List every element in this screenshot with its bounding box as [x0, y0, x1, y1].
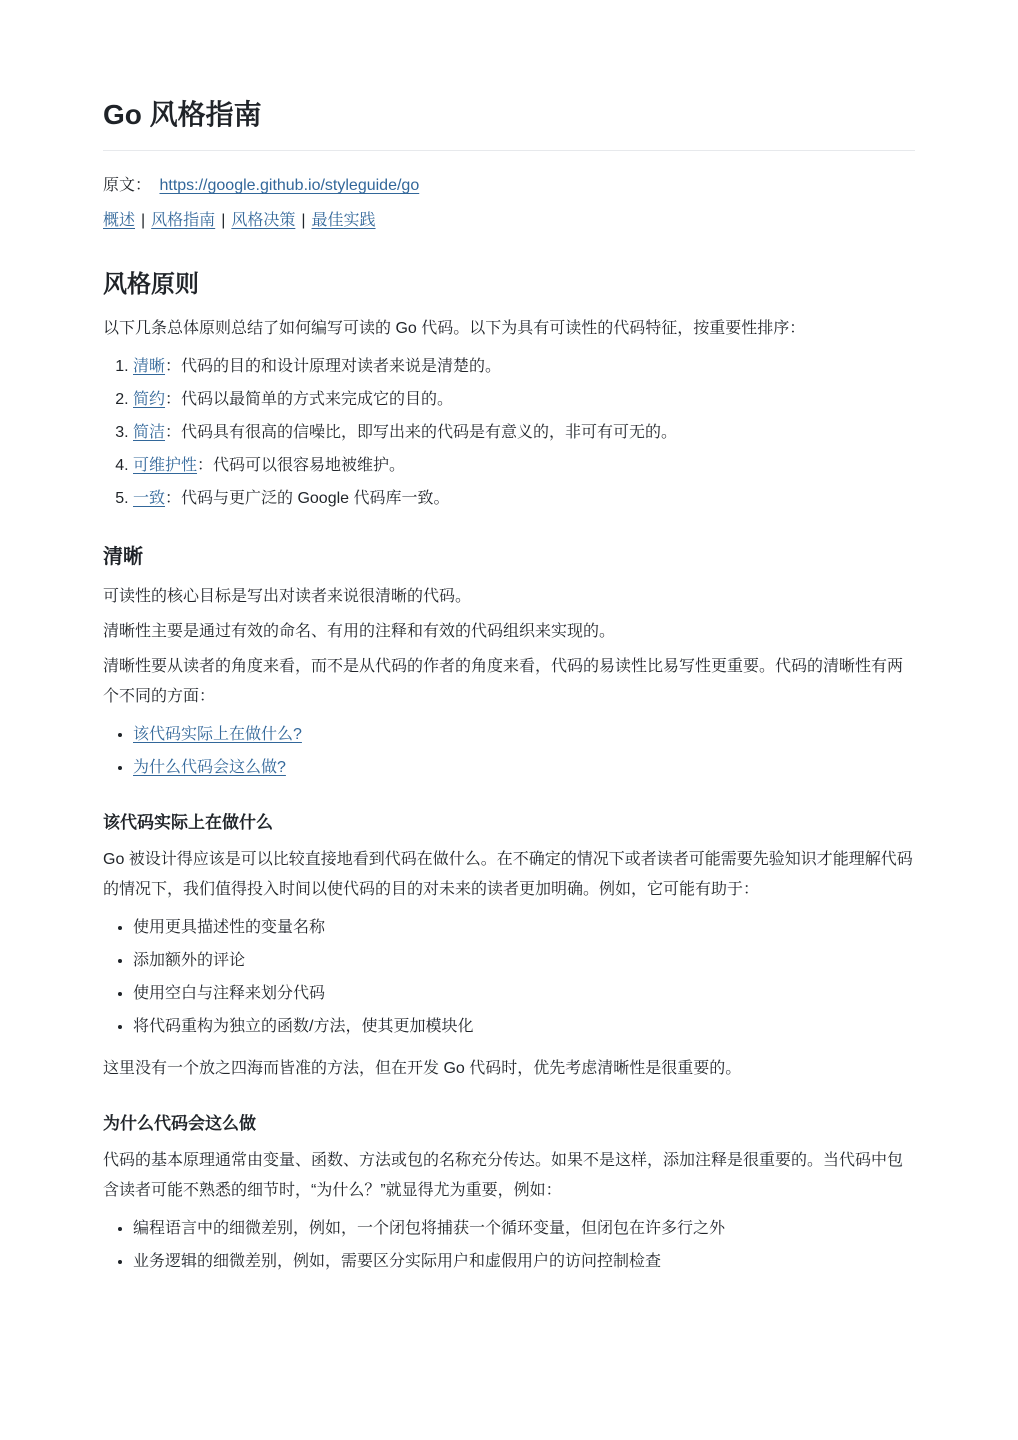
principle-text: ：代码的目的和设计原理对读者来说是清楚的。: [165, 358, 501, 375]
document-page: Go 风格指南 原文： https://google.github.io/sty…: [0, 0, 1018, 1440]
principle-link-simplicity[interactable]: 简约: [133, 391, 165, 408]
why-code-does-list: 编程语言中的细微差别，例如，一个闭包将捕获一个循环变量，但闭包在许多行之外 业务…: [103, 1214, 915, 1277]
principle-text: ：代码可以很容易地被维护。: [197, 457, 405, 474]
source-line: 原文： https://google.github.io/styleguide/…: [103, 171, 915, 201]
nav-separator: |: [221, 212, 225, 229]
principle-item: 简约：代码以最简单的方式来完成它的目的。: [133, 385, 915, 415]
clarity-question-list: 该代码实际上在做什么? 为什么代码会这么做?: [103, 720, 915, 783]
nav-line: 概述|风格指南|风格决策|最佳实践: [103, 206, 915, 236]
nav-link-best-practices[interactable]: 最佳实践: [312, 212, 376, 229]
principle-item: 简洁：代码具有很高的信噪比，即写出来的代码是有意义的，非可有可无的。: [133, 418, 915, 448]
style-principles-intro: 以下几条总体原则总结了如何编写可读的 Go 代码。以下为具有可读性的代码特征，按…: [103, 314, 915, 344]
list-item: 使用更具描述性的变量名称: [133, 913, 915, 943]
principle-item: 一致：代码与更广泛的 Google 代码库一致。: [133, 484, 915, 514]
principle-text: ：代码与更广泛的 Google 代码库一致。: [165, 490, 450, 507]
document-content: Go 风格指南 原文： https://google.github.io/sty…: [103, 0, 915, 1429]
what-code-does-paragraph-2: 这里没有一个放之四海而皆准的方法，但在开发 Go 代码时，优先考虑清晰性是很重要…: [103, 1054, 915, 1084]
style-principles-list: 清晰：代码的目的和设计原理对读者来说是清楚的。 简约：代码以最简单的方式来完成它…: [103, 352, 915, 514]
principle-item: 清晰：代码的目的和设计原理对读者来说是清楚的。: [133, 352, 915, 382]
clarity-question-link-why[interactable]: 为什么代码会这么做?: [133, 759, 286, 776]
principle-link-consistency[interactable]: 一致: [133, 490, 165, 507]
list-item: 该代码实际上在做什么?: [133, 720, 915, 750]
source-label: 原文：: [103, 177, 151, 194]
list-item: 将代码重构为独立的函数/方法，使其更加模块化: [133, 1012, 915, 1042]
subsection-heading-why-code-does: 为什么代码会这么做: [103, 1110, 915, 1138]
list-item: 编程语言中的细微差别，例如，一个闭包将捕获一个循环变量，但闭包在许多行之外: [133, 1214, 915, 1244]
principle-text: ：代码具有很高的信噪比，即写出来的代码是有意义的，非可有可无的。: [165, 424, 677, 441]
clarity-paragraph-1: 可读性的核心目标是写出对读者来说很清晰的代码。: [103, 582, 915, 612]
why-code-does-paragraph-1: 代码的基本原理通常由变量、函数、方法或包的名称充分传达。如果不是这样，添加注释是…: [103, 1146, 915, 1206]
page-title: Go 风格指南: [103, 96, 915, 134]
clarity-paragraph-3: 清晰性要从读者的角度来看，而不是从代码的作者的角度来看，代码的易读性比易写性更重…: [103, 652, 915, 712]
list-item: 添加额外的评论: [133, 946, 915, 976]
nav-link-style-decisions[interactable]: 风格决策: [231, 212, 295, 229]
list-item: 使用空白与注释来划分代码: [133, 979, 915, 1009]
what-code-does-list: 使用更具描述性的变量名称 添加额外的评论 使用空白与注释来划分代码 将代码重构为…: [103, 913, 915, 1042]
subsection-heading-what-code-does: 该代码实际上在做什么: [103, 809, 915, 837]
principle-item: 可维护性：代码可以很容易地被维护。: [133, 451, 915, 481]
principle-link-clarity[interactable]: 清晰: [133, 358, 165, 375]
principle-text: ：代码以最简单的方式来完成它的目的。: [165, 391, 453, 408]
nav-link-overview[interactable]: 概述: [103, 212, 135, 229]
nav-link-style-guide[interactable]: 风格指南: [151, 212, 215, 229]
title-divider: [103, 150, 915, 151]
principle-link-maintainability[interactable]: 可维护性: [133, 457, 197, 474]
list-item: 为什么代码会这么做?: [133, 753, 915, 783]
nav-separator: |: [301, 212, 305, 229]
clarity-paragraph-2: 清晰性主要是通过有效的命名、有用的注释和有效的代码组织来实现的。: [103, 617, 915, 647]
clarity-question-link-what[interactable]: 该代码实际上在做什么?: [133, 726, 302, 743]
source-url-link[interactable]: https://google.github.io/styleguide/go: [159, 177, 419, 194]
section-heading-clarity: 清晰: [103, 542, 915, 572]
list-item: 业务逻辑的细微差别，例如，需要区分实际用户和虚假用户的访问控制检查: [133, 1247, 915, 1277]
section-heading-style-principles: 风格原则: [103, 268, 915, 302]
principle-link-concision[interactable]: 简洁: [133, 424, 165, 441]
nav-separator: |: [141, 212, 145, 229]
what-code-does-paragraph-1: Go 被设计得应该是可以比较直接地看到代码在做什么。在不确定的情况下或者读者可能…: [103, 845, 915, 905]
